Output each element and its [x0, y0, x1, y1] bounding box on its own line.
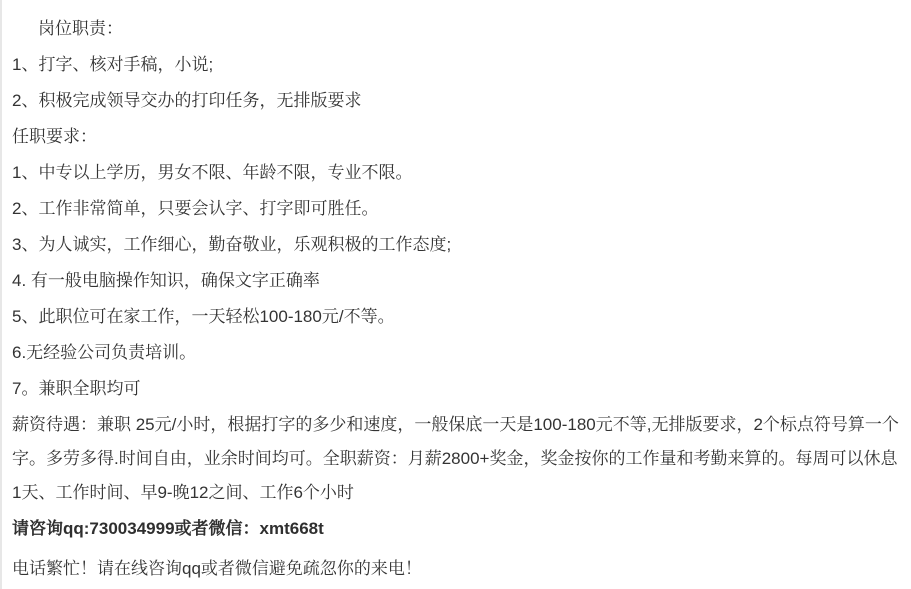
salary-paragraph: 薪资待遇：兼职 25元/小时，根据打字的多少和速度，一般保底一天是100-180… [12, 408, 899, 510]
requirement-item-7: 7。兼职全职均可 [12, 372, 899, 406]
contact-line: 请咨询qq:730034999或者微信：xmt668t [12, 512, 899, 546]
requirement-item-2: 2、工作非常简单，只要会认字、打字即可胜任。 [12, 192, 899, 226]
requirement-item-6: 6.无经验公司负责培训。 [12, 336, 899, 370]
requirement-item-3: 3、为人诚实，工作细心，勤奋敬业，乐观积极的工作态度; [12, 228, 899, 262]
job-posting-page: 岗位职责： 1、打字、核对手稿，小说; 2、积极完成领导交办的打印任务，无排版要… [0, 0, 911, 589]
requirement-item-1: 1、中专以上学历，男女不限、年龄不限，专业不限。 [12, 156, 899, 190]
duties-heading: 岗位职责： [12, 12, 899, 46]
phone-notice: 电话繁忙！请在线咨询qq或者微信避免疏忽你的来电！ [12, 552, 899, 586]
requirement-item-5: 5、此职位可在家工作，一天轻松100-180元/不等。 [12, 300, 899, 334]
requirement-item-4: 4. 有一般电脑操作知识，确保文字正确率 [12, 264, 899, 298]
job-posting-content: 岗位职责： 1、打字、核对手稿，小说; 2、积极完成领导交办的打印任务，无排版要… [2, 0, 911, 586]
duty-item-2: 2、积极完成领导交办的打印任务，无排版要求 [12, 84, 899, 118]
requirements-heading: 任职要求： [12, 120, 899, 154]
duty-item-1: 1、打字、核对手稿，小说; [12, 48, 899, 82]
